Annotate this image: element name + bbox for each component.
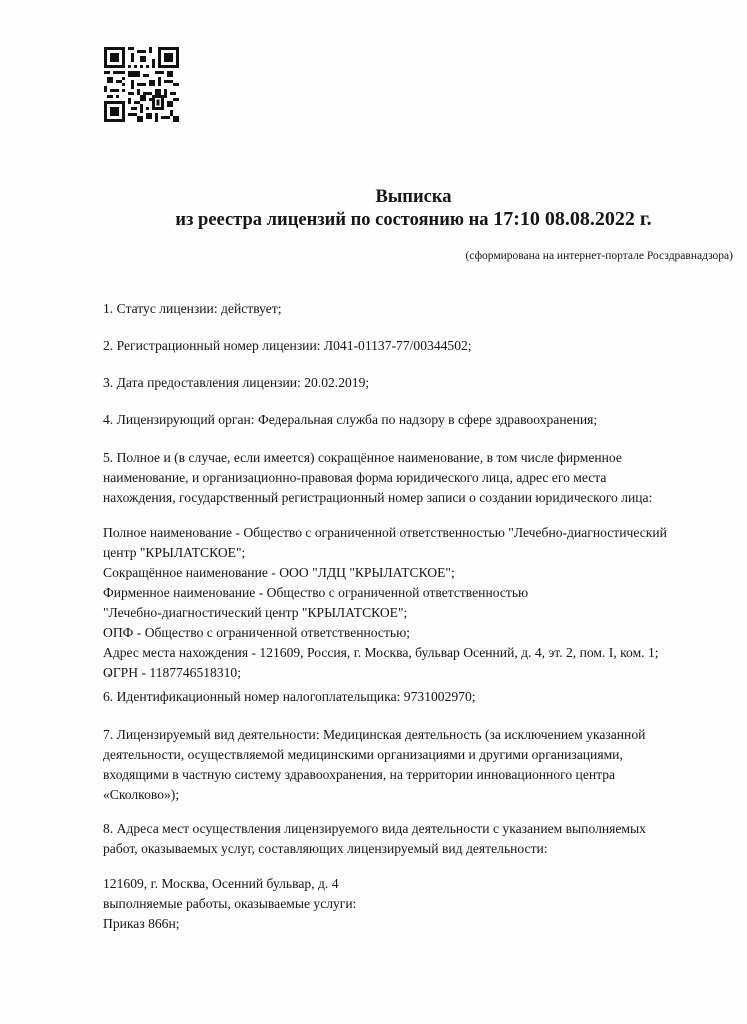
- full-name: Полное наименование - Общество с огранич…: [103, 523, 743, 543]
- opf: ОПФ - Общество с ограниченной ответствен…: [103, 623, 743, 643]
- services-value: Приказ 866н;: [103, 914, 743, 934]
- qr-code-icon: [104, 45, 179, 124]
- item-activity-addresses: 8. Адреса мест осуществления лицензируем…: [103, 819, 743, 859]
- license-extract-page: Выписка из реестра лицензий по состоянию…: [0, 0, 747, 1024]
- scan-speck: [108, 674, 110, 676]
- item-organization-heading: 5. Полное и (в случае, если имеется) сок…: [103, 448, 743, 508]
- short-name: Сокращённое наименование - ООО "ЛДЦ "КРЫ…: [103, 563, 743, 583]
- services-label: выполняемые работы, оказываемые услуги:: [103, 894, 743, 914]
- ogrn: ОГРН - 1187746518310;: [103, 663, 743, 683]
- activity-address: 121609, г. Москва, Осенний бульвар, д. 4: [103, 874, 743, 894]
- item-registration-number: 2. Регистрационный номер лицензии: Л041-…: [103, 336, 743, 356]
- source-note: (сформирована на интернет-портале Росздр…: [466, 249, 734, 263]
- full-name-cont: центр "КРЫЛАТСКОЕ";: [103, 543, 743, 563]
- legal-address: Адрес места нахождения - 121609, Россия,…: [103, 643, 743, 663]
- extract-timestamp: 17:10 08.08.2022 г.: [493, 208, 652, 230]
- item-license-date: 3. Дата предоставления лицензии: 20.02.2…: [103, 373, 743, 393]
- subtitle-prefix: из реестра лицензий по состоянию на: [175, 210, 488, 230]
- item-licensed-activity: 7. Лицензируемый вид деятельности: Медиц…: [103, 725, 743, 805]
- document-subtitle: из реестра лицензий по состоянию на 17:1…: [0, 207, 747, 232]
- brand-name: Фирменное наименование - Общество с огра…: [103, 583, 743, 603]
- item-license-status: 1. Статус лицензии: действует;: [103, 299, 743, 319]
- item-licensing-authority: 4. Лицензирующий орган: Федеральная служ…: [103, 410, 743, 430]
- brand-name-cont: "Лечебно-диагностический центр "КРЫЛАТСК…: [103, 603, 743, 623]
- activity-location: 121609, г. Москва, Осенний бульвар, д. 4…: [103, 874, 743, 934]
- document-title: Выписка: [0, 186, 747, 208]
- organization-details: Полное наименование - Общество с огранич…: [103, 523, 743, 683]
- item-inn: 6. Идентификационный номер налогоплатель…: [103, 687, 743, 707]
